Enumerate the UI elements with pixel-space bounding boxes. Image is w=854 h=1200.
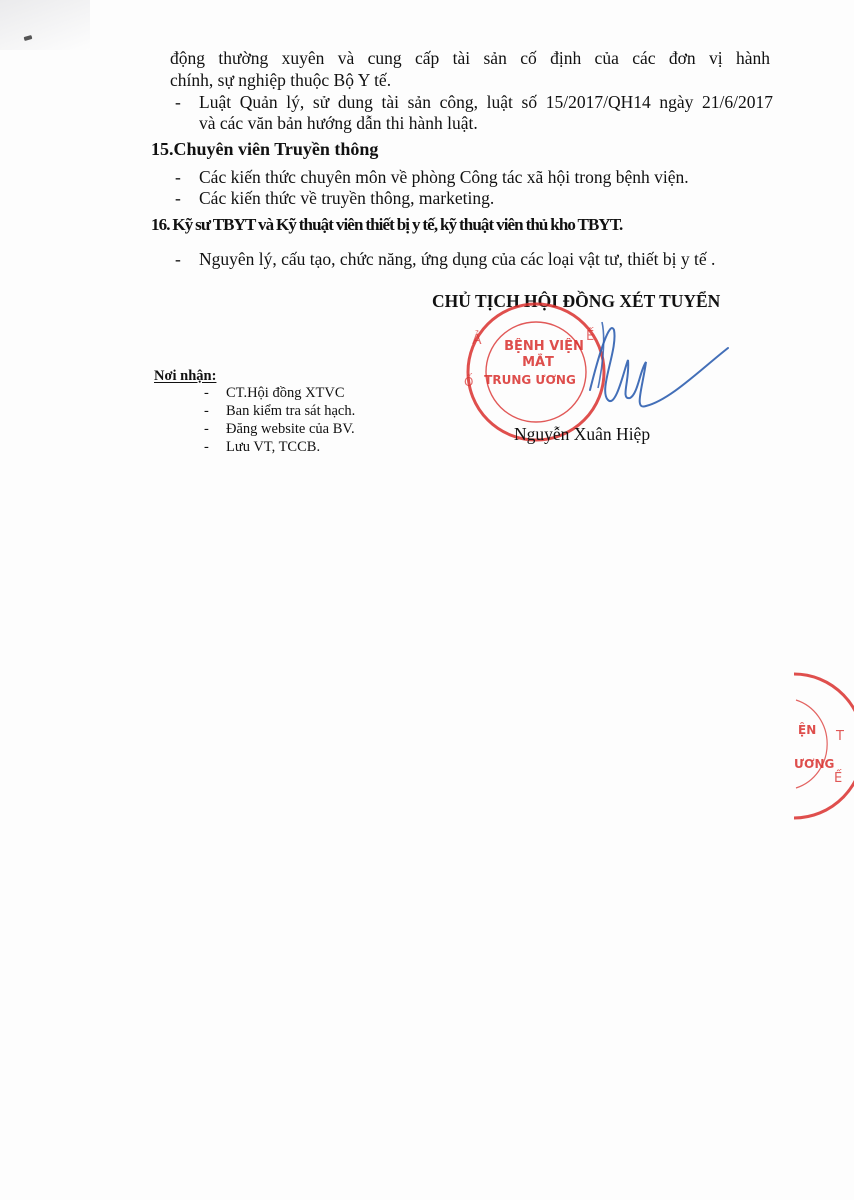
- section-15-item: Các kiến thức chuyên môn về phòng Công t…: [199, 166, 689, 188]
- bullet-dash: -: [175, 166, 181, 188]
- bullet-dash: -: [175, 91, 181, 113]
- law-item-line: Luật Quản lý, sử dung tài sản công, luật…: [199, 91, 773, 113]
- section-16-item: Nguyên lý, cấu tạo, chức năng, ứng dụng …: [199, 248, 715, 270]
- svg-text:Ế: Ế: [586, 327, 595, 344]
- stamp-text-line2: MẮT: [522, 353, 554, 370]
- paragraph-line: động thường xuyên và cung cấp tài sản cố…: [170, 47, 770, 69]
- svg-text:Ế: Ế: [834, 769, 843, 786]
- stamp-text-line1: BỆNH VIỆN: [504, 338, 584, 354]
- section-15-heading: 15.Chuyên viên Truyền thông: [151, 139, 378, 160]
- recipient-item: -Lưu VT, TCCB.: [204, 438, 320, 456]
- signature-title: CHỦ TỊCH HỘI ĐỒNG XÉT TUYỂN: [432, 291, 720, 312]
- document-page: động thường xuyên và cung cấp tài sản cố…: [0, 0, 854, 1200]
- signer-name: Nguyễn Xuân Hiệp: [514, 424, 650, 445]
- bullet-dash: -: [175, 187, 181, 209]
- margin-stamp-text2: ƯƠNG: [794, 757, 834, 771]
- paragraph-line: chính, sự nghiệp thuộc Bộ Y tế.: [170, 69, 391, 91]
- svg-text:Ố: Ố: [464, 373, 473, 389]
- scan-artifact: [0, 0, 90, 50]
- recipients-title: Nơi nhận:: [154, 368, 216, 385]
- section-16-heading: 16. Kỹ sư TBYT và Kỹ thuật viên thiết bị…: [151, 215, 622, 235]
- recipient-item: -CT.Hội đồng XTVC: [204, 384, 345, 402]
- recipient-item: -Ban kiểm tra sát hạch.: [204, 402, 355, 420]
- recipient-item: -Đăng website của BV.: [204, 420, 355, 438]
- svg-text:T: T: [835, 729, 844, 744]
- margin-stamp-text1: ỆN: [798, 722, 816, 737]
- law-item-line: và các văn bản hướng dẫn thi hành luật.: [199, 112, 478, 134]
- stamp-text-line3: TRUNG ƯƠNG: [484, 373, 576, 387]
- margin-stamp-partial: ỆN ƯƠNG T Ế: [754, 664, 854, 824]
- handwritten-signature: [580, 310, 730, 430]
- svg-text:Ả: Ả: [472, 330, 482, 348]
- bullet-dash: -: [175, 248, 181, 270]
- section-15-item: Các kiến thức về truyền thông, marketing…: [199, 187, 494, 209]
